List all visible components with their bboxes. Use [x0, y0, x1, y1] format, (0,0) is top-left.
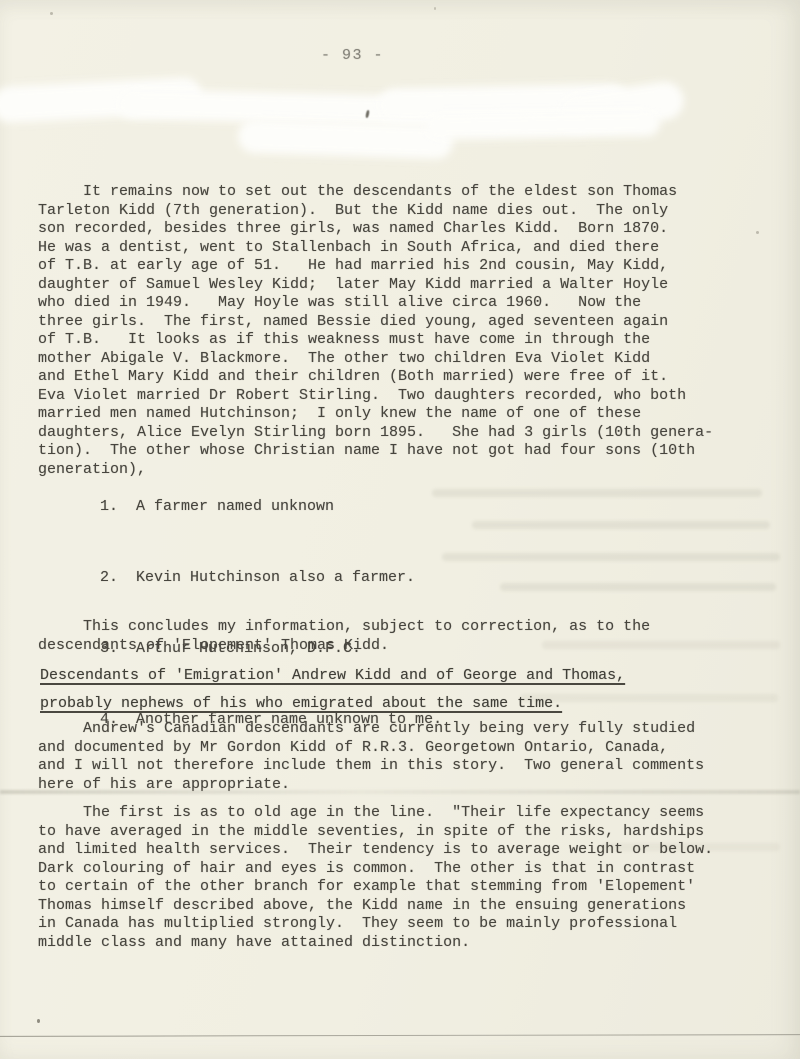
text-line: Eva Violet married Dr Robert Stirling. T… [38, 387, 713, 406]
text-line: Andrew's Canadian descendants are curren… [38, 720, 704, 739]
list-item-text: A farmer named unknown [136, 498, 334, 515]
text-line: daughters, Alice Evelyn Stirling born 18… [38, 424, 713, 443]
text-line: of T.B. It looks as if this weakness mus… [38, 331, 713, 350]
text-line: and I will not therefore include them in… [38, 757, 704, 776]
text-line: son recorded, besides three girls, was n… [38, 220, 713, 239]
bleedthrough-ghost [432, 489, 762, 497]
list-item: 1.A farmer named unknown [46, 479, 442, 535]
text-line: generation), [38, 461, 713, 480]
paper-speck [434, 7, 436, 10]
paragraph-thomas-tarleton-descendants: It remains now to set out the descendant… [38, 183, 713, 479]
scan-artifact-streak [0, 790, 800, 794]
text-line: daughter of Samuel Wesley Kidd; later Ma… [38, 276, 713, 295]
text-line: to certain of the other branch for examp… [38, 878, 713, 897]
page-number: - 93 - [321, 47, 384, 64]
fold-line [0, 1034, 800, 1037]
bleedthrough-ghost [442, 553, 780, 561]
paper-speck [50, 12, 53, 15]
text-line: This concludes my information, subject t… [38, 618, 650, 637]
list-item-number: 2. [100, 569, 136, 588]
text-line: tion). The other whose Christian name I … [38, 442, 713, 461]
text-line: Thomas himself described above, the Kidd… [38, 897, 713, 916]
paper-speck [37, 1019, 40, 1023]
paragraph-concludes-elopement: This concludes my information, subject t… [38, 618, 650, 655]
text-line: of T.B. at early age of 51. He had marri… [38, 257, 713, 276]
text-line: and limited health services. Their tende… [38, 841, 713, 860]
paper-speck [756, 231, 759, 234]
text-line: It remains now to set out the descendant… [38, 183, 713, 202]
text-line: who died in 1949. May Hoyle was still al… [38, 294, 713, 313]
text-line: The first is as to old age in the line. … [38, 804, 713, 823]
text-line: mother Abigale V. Blackmore. The other t… [38, 350, 713, 369]
text-line: probably nephews of his who emigrated ab… [40, 690, 625, 718]
text-line: and documented by Mr Gordon Kidd of R.R.… [38, 739, 704, 758]
bleedthrough-ghost [500, 583, 776, 591]
text-line: Dark colouring of hair and eyes is commo… [38, 860, 713, 879]
paragraph-gordon-kidd-comments: The first is as to old age in the line. … [38, 804, 713, 952]
text-line: married men named Hutchinson; I only kne… [38, 405, 713, 424]
text-line: to have averaged in the middle seventies… [38, 823, 713, 842]
list-item-number: 1. [100, 498, 136, 517]
text-line: Descendants of 'Emigration' Andrew Kidd … [40, 662, 625, 690]
paragraph-andrews-canadian-descendants: Andrew's Canadian descendants are curren… [38, 720, 704, 794]
text-line: He was a dentist, went to Stallenbach in… [38, 239, 713, 258]
bleedthrough-ghost [472, 521, 770, 529]
section-heading-emigration-andrew-kidd: Descendants of 'Emigration' Andrew Kidd … [40, 662, 625, 718]
whiteout-smudge [0, 78, 700, 168]
text-line: three girls. The first, named Bessie die… [38, 313, 713, 332]
list-item: 2.Kevin Hutchinson also a farmer. [46, 550, 442, 606]
text-line: middle class and many have attained dist… [38, 934, 713, 953]
list-item-text: Kevin Hutchinson also a farmer. [136, 569, 415, 586]
text-line: descendants of 'Elopement' Thomas Kidd. [38, 637, 650, 656]
text-line: and Ethel Mary Kidd and their children (… [38, 368, 713, 387]
text-line: in Canada has multiplied strongly. They … [38, 915, 713, 934]
scanned-document-page: - 93 - It remains now to set out the des… [0, 0, 800, 1059]
text-line: Tarleton Kidd (7th generation). But the … [38, 202, 713, 221]
